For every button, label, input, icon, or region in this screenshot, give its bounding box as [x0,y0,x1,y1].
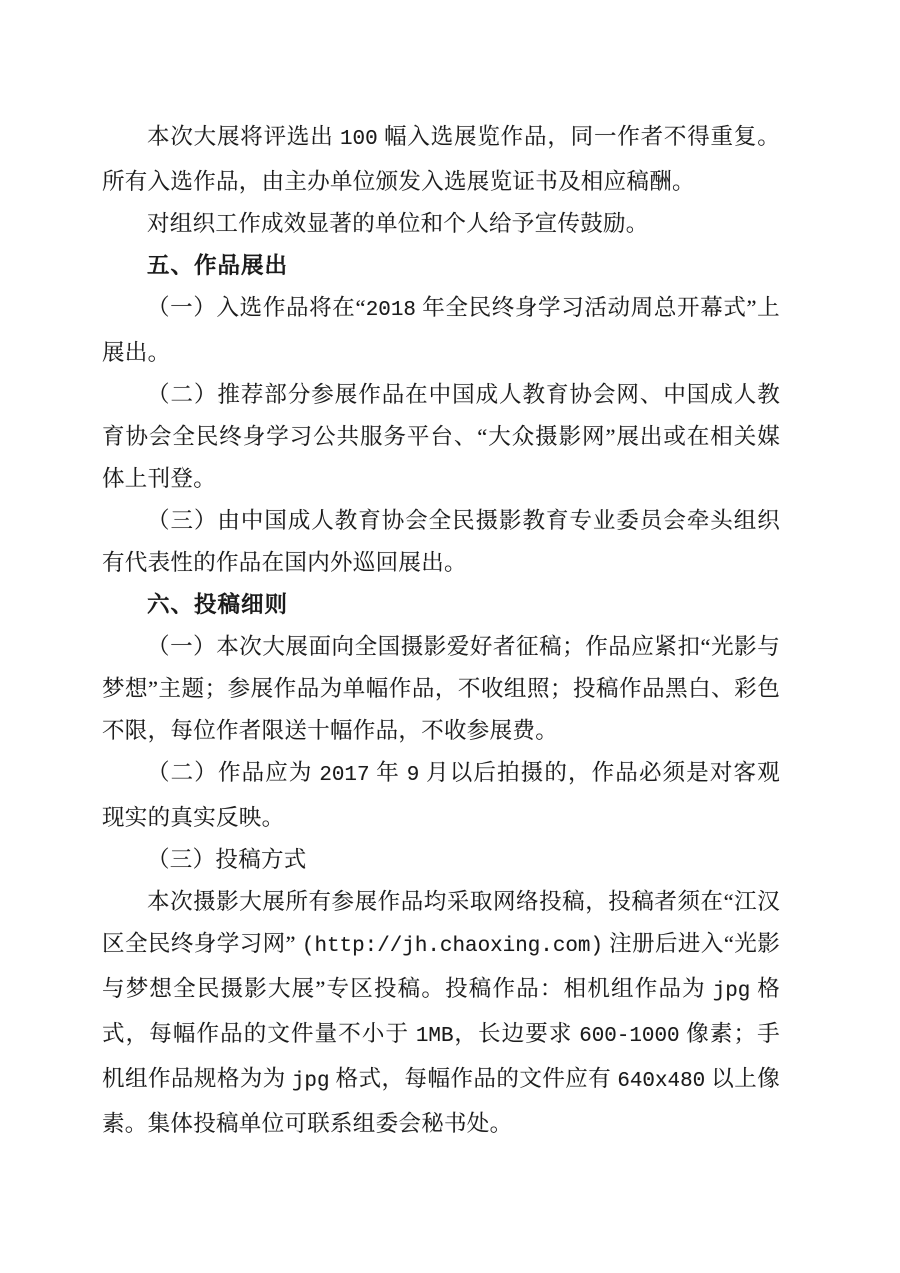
latin-text: 640x480 [617,1070,705,1093]
latin-text: 9 [407,764,420,787]
paragraph: （三）由中国成人教育协会全民摄影教育专业委员会牵头组织有代表性的作品在国内外巡回… [102,500,780,584]
latin-text: 100 [340,128,378,151]
latin-text: jpg [292,1070,330,1093]
latin-text: 2018 [366,299,416,322]
latin-text: 2017 [319,764,369,787]
paragraph: 本次摄影大展所有参展作品均采取网络投稿，投稿者须在“江汉区全民终身学习网” (h… [102,881,780,1145]
latin-text: 1MB [416,1025,454,1048]
paragraph: 对组织工作成效显著的单位和个人给予宣传鼓励。 [102,203,780,245]
document-page: 本次大展将评选出 100 幅入选展览作品，同一作者不得重复。 所有入选作品，由主… [0,0,900,1273]
paragraph: （三）投稿方式 [102,839,780,881]
paragraph: （一）入选作品将在“2018 年全民终身学习活动周总开幕式”上展出。 [102,287,780,374]
paragraph: 本次大展将评选出 100 幅入选展览作品，同一作者不得重复。 所有入选作品，由主… [102,116,780,203]
document-body: 本次大展将评选出 100 幅入选展览作品，同一作者不得重复。 所有入选作品，由主… [102,116,780,1145]
section-heading: 六、投稿细则 [102,584,780,626]
paragraph: （一）本次大展面向全国摄影爱好者征稿；作品应紧扣“光影与梦想”主题；参展作品为单… [102,626,780,752]
paragraph: （二）推荐部分参展作品在中国成人教育协会网、中国成人教育协会全民终身学习公共服务… [102,374,780,500]
latin-text: (http://jh.chaoxing.com) [302,935,603,958]
latin-text: jpg [713,980,751,1003]
latin-text: 600-1000 [579,1025,679,1048]
section-heading: 五、作品展出 [102,245,780,287]
paragraph: （二）作品应为 2017 年 9 月以后拍摄的，作品必须是对客观现实的真实反映。 [102,752,780,839]
